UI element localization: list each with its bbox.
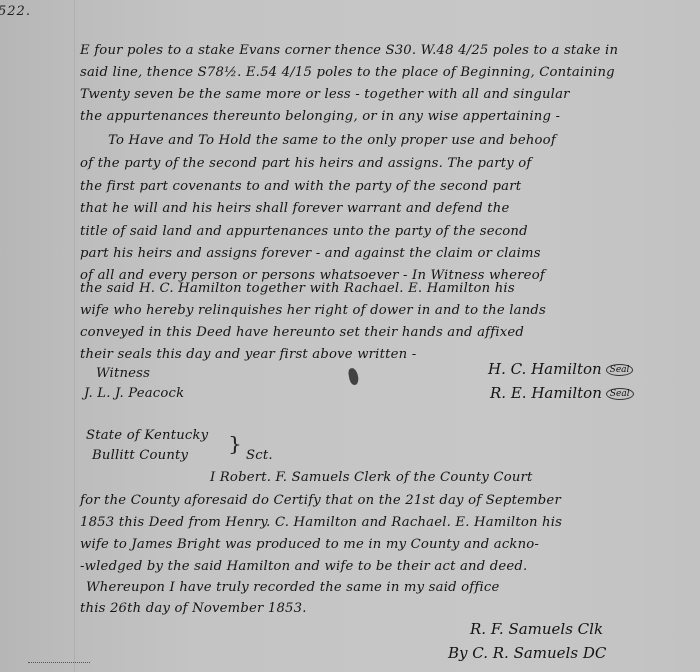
- certificate-line: wife to James Bright was produced to me …: [80, 537, 539, 552]
- deed-line: Twenty seven be the same more or less - …: [80, 87, 570, 102]
- deed-line: said line, thence S78½. E.54 4/15 poles …: [80, 65, 615, 80]
- deed-line: wife who hereby relinquishes her right o…: [80, 303, 546, 318]
- margin-rule: [74, 0, 75, 672]
- deed-record-page: 522. E four poles to a stake Evans corne…: [0, 0, 700, 672]
- certificate-line: 1853 this Deed from Henry. C. Hamilton a…: [80, 515, 562, 530]
- deed-line: To Have and To Hold the same to the only…: [108, 133, 556, 148]
- brace-mark: }: [228, 433, 242, 456]
- signature-h-c-hamilton: H. C. HamiltonSeal: [488, 360, 633, 378]
- deed-line: of the party of the second part his heir…: [80, 156, 531, 171]
- certificate-line: Whereupon I have truly recorded the same…: [86, 580, 499, 595]
- certificate-state: State of Kentucky: [86, 428, 208, 443]
- certificate-line: this 26th day of November 1853.: [80, 601, 307, 616]
- witness-label: Witness: [96, 366, 150, 381]
- signature-name: H. C. Hamilton: [488, 360, 602, 378]
- ink-blot: [348, 367, 360, 385]
- clerk-signature: R. F. Samuels Clk: [470, 620, 603, 638]
- certificate-line: -wledged by the said Hamilton and wife t…: [80, 559, 527, 574]
- witness-name: J. L. J. Peacock: [84, 386, 184, 401]
- certificate-county: Bullitt County: [92, 448, 188, 463]
- certificate-line: for the County aforesaid do Certify that…: [80, 493, 561, 508]
- deed-line: E four poles to a stake Evans corner the…: [80, 43, 618, 58]
- certificate-line: I Robert. F. Samuels Clerk of the County…: [210, 470, 533, 485]
- seal-mark: Seal: [606, 388, 634, 400]
- certificate-sct: Sct.: [246, 448, 273, 463]
- signature-name: R. E. Hamilton: [490, 384, 602, 402]
- deed-line: the appurtenances thereunto belonging, o…: [80, 109, 560, 124]
- margin-stamp: [28, 662, 90, 667]
- deed-line: title of said land and appurtenances unt…: [80, 224, 528, 239]
- signature-r-e-hamilton: R. E. HamiltonSeal: [490, 384, 634, 402]
- deputy-clerk-signature: By C. R. Samuels DC: [448, 644, 606, 662]
- deed-line: their seals this day and year first abov…: [80, 347, 416, 362]
- deed-line: part his heirs and assigns forever - and…: [80, 246, 541, 261]
- page-number: 522.: [0, 4, 31, 19]
- deed-line: that he will and his heirs shall forever…: [80, 201, 510, 216]
- seal-mark: Seal: [606, 364, 634, 376]
- deed-line: the first part covenants to and with the…: [80, 179, 521, 194]
- deed-line: conveyed in this Deed have hereunto set …: [80, 325, 524, 340]
- deed-line: the said H. C. Hamilton together with Ra…: [80, 281, 515, 296]
